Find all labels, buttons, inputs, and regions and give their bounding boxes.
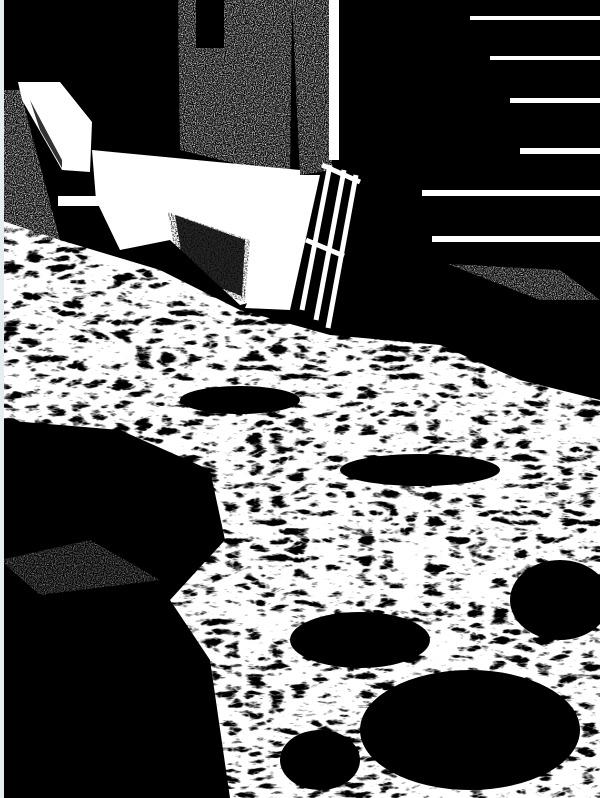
photo-scene: [0, 0, 600, 798]
left-border: [0, 0, 4, 798]
photo-canvas: [0, 0, 600, 798]
stone-wall: [178, 0, 332, 175]
